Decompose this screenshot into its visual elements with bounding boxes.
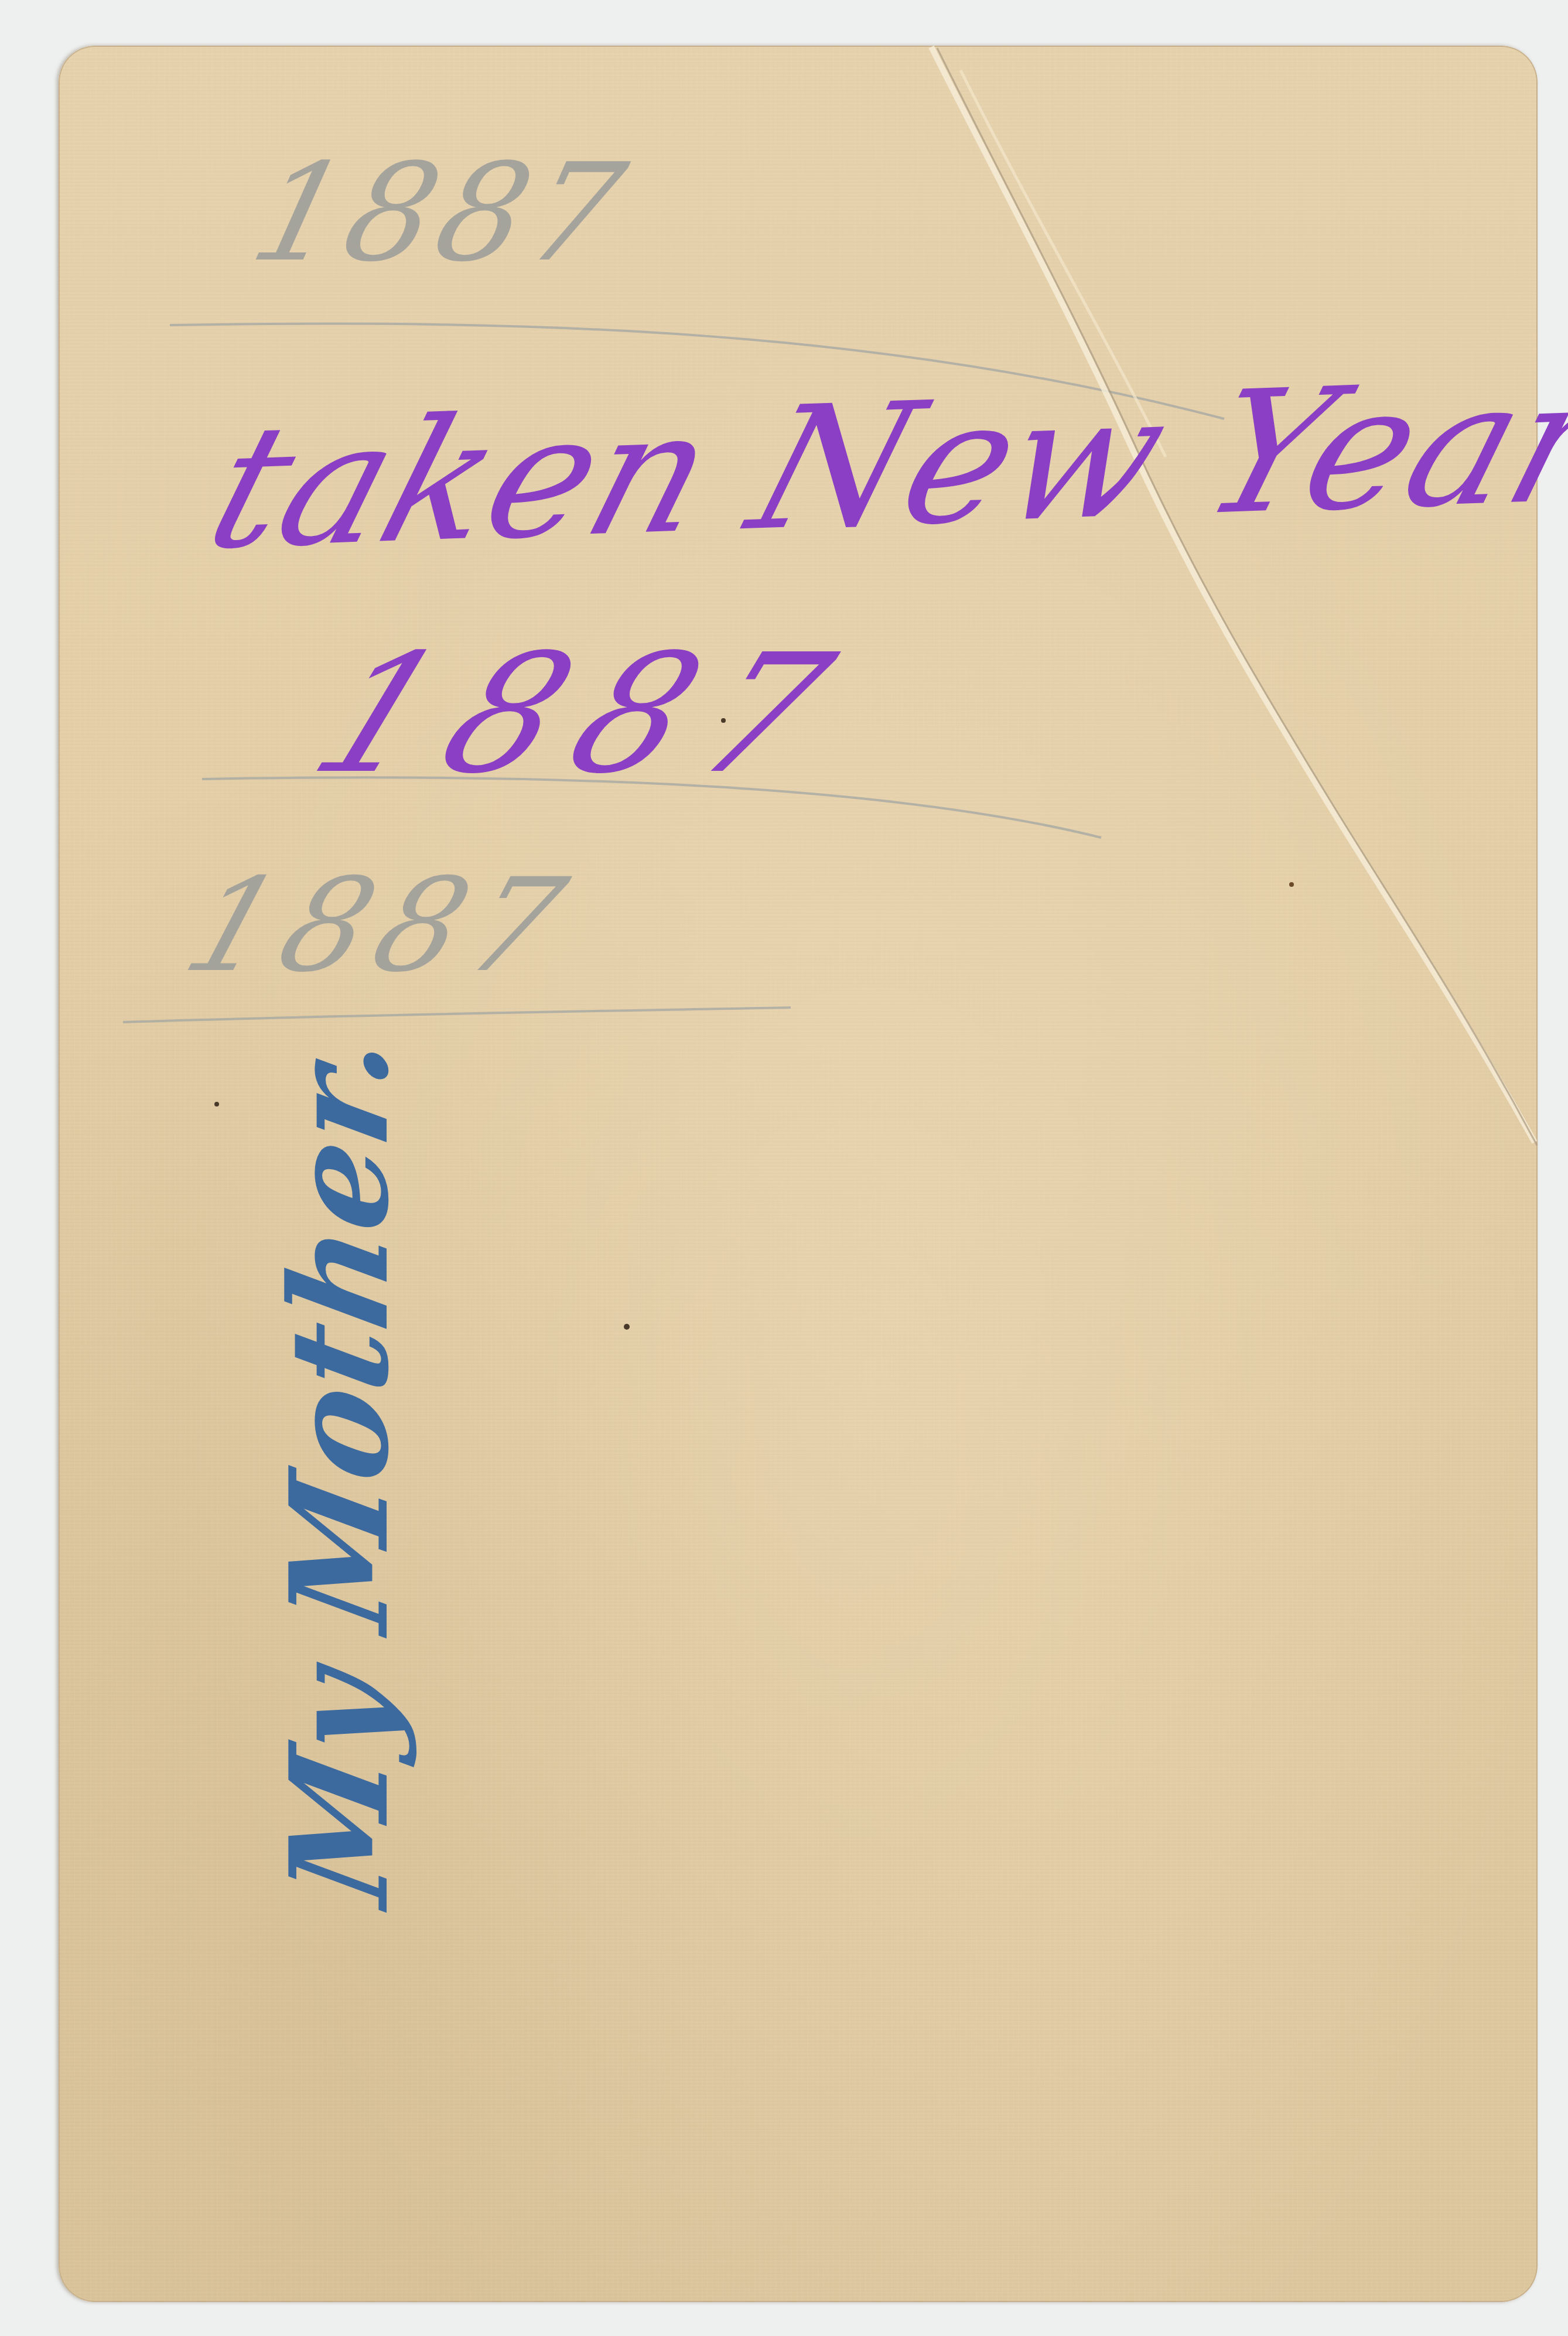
pencil-year-annotation-bottom: 1887 xyxy=(172,861,589,990)
pencil-year-annotation-top: 1887 xyxy=(241,146,641,281)
side-note-my-mother: My Mother. xyxy=(272,1245,407,1913)
caption-year: 1887 xyxy=(295,633,872,797)
